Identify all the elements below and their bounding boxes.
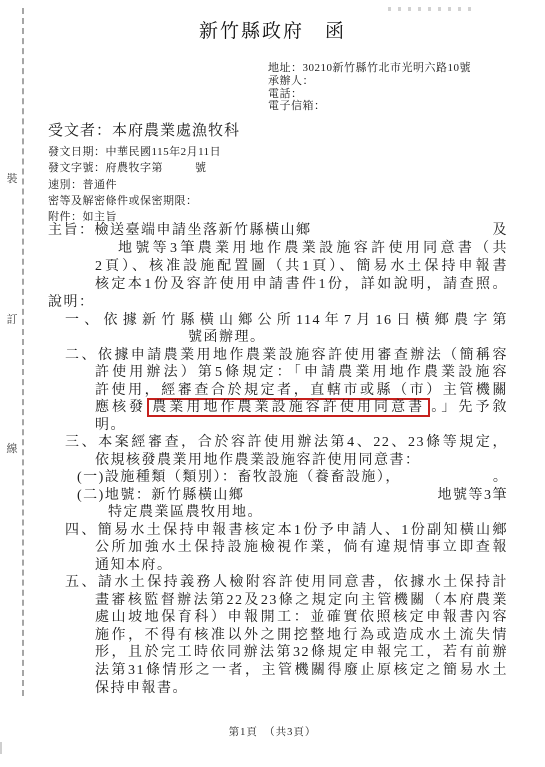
margin-label-binding: 裝 — [5, 170, 19, 186]
subject-line-1-main: 主旨：檢送臺端申請坐落新竹縣橫山鄉 — [48, 222, 312, 240]
speed-class: 速別：普通件 — [48, 176, 117, 192]
scan-edge-artifact — [0, 742, 2, 754]
contact-person-field: 承辦人： — [268, 75, 471, 88]
item2-line1: 二、依據申請農業用地作農業設施容許使用審查辦法（簡稱容 — [65, 347, 508, 365]
recipient-line: 受文者：本府農業處漁牧科 — [48, 119, 240, 140]
item4-line2: 公所加強水土保持設施檢視作業，倘有違規情事立即查報 — [95, 539, 508, 557]
binding-dashed-line — [22, 8, 24, 696]
item5-line3: 處山坡地保育科）申報開工：並確實依照核定申報書內容 — [95, 609, 508, 627]
item5-line1: 五、請水土保持義務人檢附容許使用同意書，依據水土保持計 — [65, 574, 508, 592]
item5-line4: 施作，不得有核准以外之開挖整地行為或造成水土流失情 — [95, 627, 508, 645]
phone-field: 電話： — [268, 88, 471, 101]
agency-address: 地址：30210新竹縣竹北市光明六路10號 — [268, 62, 471, 75]
item3-sub2: (二)地號：新竹縣橫山鄉地號等3筆 — [77, 487, 508, 505]
item2-line5: 明。 — [95, 417, 126, 435]
item3-sub1-main: (一)設施種類（類別）：畜牧設施（養畜設施）， — [77, 470, 401, 485]
item3-sub2-tail: 地號等3筆 — [437, 487, 508, 505]
document-title: 新竹縣政府 函 — [0, 16, 545, 43]
item2-line4-pre: 應核發 — [95, 400, 146, 415]
subject-line-3: 2頁）、核准設施配置圖（共1頁）、簡易水土保持申報書 — [95, 258, 508, 276]
subject-line-1-tail: 及 — [493, 222, 509, 240]
agency-contact-block: 地址：30210新竹縣竹北市光明六路10號 承辦人： 電話： 電子信箱： — [268, 62, 471, 113]
doc-number-prefix: 發文字號：府農牧字第 — [48, 162, 163, 174]
item3-line1: 三、本案經審查，合於容許使用辦法第4、22、23條等規定， — [65, 434, 508, 452]
issue-date: 發文日期：中華民國115年2月11日 — [48, 143, 221, 159]
doc-number-line: 發文字號：府農牧字第號 — [48, 159, 207, 175]
security-class: 密等及解密條件或保密期限： — [48, 192, 198, 208]
margin-label-stapling: 訂 — [5, 311, 19, 327]
explanation-heading: 說明： — [48, 294, 95, 312]
item5-line6: 法第31條情形之一者，主管機關得廢止原核定之簡易水土 — [95, 662, 508, 680]
item4-line3: 通知本府。 — [95, 557, 173, 575]
page-indicator: 第1頁 （共3頁） — [0, 724, 545, 739]
item2-line2: 許使用辦法）第5條規定：「申請農業用地作農業設施容 — [95, 364, 508, 382]
item3-line2: 依規核發農業用地作農業設施容許使用同意書： — [95, 452, 421, 470]
item5-line2: 畫審核監督辦法第22及23條之規定向主管機關（本府農業 — [95, 592, 508, 610]
item1-line2: 號函辦理。 — [188, 329, 266, 347]
email-field: 電子信箱： — [268, 100, 471, 113]
item2-line4: 應核發農業用地作農業設施容許使用同意書。」先予敘 — [95, 399, 508, 417]
item1-line1: 一、依據新竹縣橫山鄉公所114年7月16日橫鄉農字第 — [65, 312, 508, 330]
margin-label-thread: 線 — [5, 440, 19, 456]
item3-sub2-main: (二)地號：新竹縣橫山鄉 — [77, 487, 244, 505]
doc-number-suffix: 號 — [195, 162, 207, 174]
official-letter-page: 裝 訂 線 新竹縣政府 函 地址：30210新竹縣竹北市光明六路10號 承辦人：… — [0, 0, 545, 767]
subject-line-2: 地號等3筆農業用地作農業設施容許使用同意書（共 — [118, 240, 508, 258]
item3-sub1: (一)設施種類（類別）：畜牧設施（養畜設施），。 — [77, 469, 508, 487]
item5-line7: 保持申報書。 — [95, 680, 188, 698]
item3-sub2-line2: 特定農業區農牧用地。 — [108, 504, 263, 522]
faint-stamp-marks — [388, 7, 476, 11]
item5-line5: 形，且於完工時依同辦法第32條規定申報完工，若有前辦 — [95, 644, 508, 662]
item4-line1: 四、簡易水土保持申報書核定本1份予申請人、1份副知橫山鄉 — [65, 522, 508, 540]
item3-sub1-tail: 。 — [493, 470, 509, 485]
subject-line-4: 核定本1份及容許使用申請書件1份，詳如說明，請查照。 — [95, 276, 508, 294]
item2-line4-post: 。」先予敘 — [431, 400, 508, 415]
subject-line-1: 主旨：檢送臺端申請坐落新竹縣橫山鄉及 — [48, 222, 508, 240]
highlight-box-red: 農業用地作農業設施容許使用同意書 — [147, 398, 430, 417]
